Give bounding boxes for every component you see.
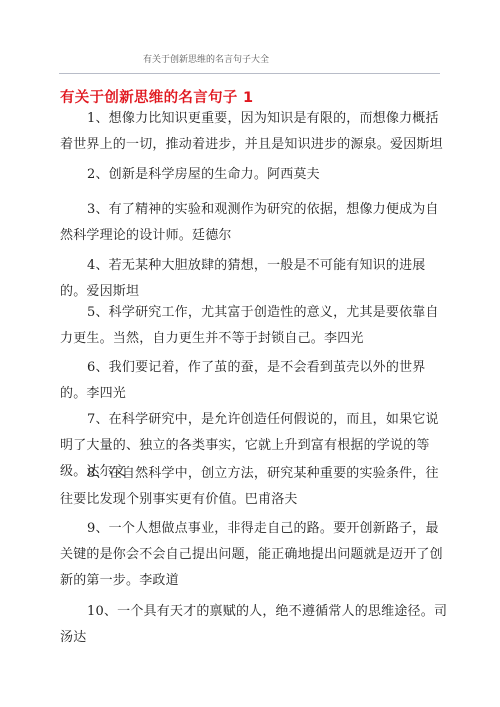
quote-5: 5、科学研究工作，尤其富于创造性的意义，尤其是要依靠自力更生。当然，自力更生并不… (60, 300, 448, 352)
header-divider (59, 73, 440, 74)
quote-2: 2、创新是科学房屋的生命力。阿西莫夫 (60, 162, 448, 188)
quote-9: 9、一个人想做点事业，非得走自己的路。要开创新路子，最关键的是你会不会自己提出问… (60, 516, 448, 594)
quote-1: 1、想像力比知识更重要，因为知识是有限的，而想像力概括着世界上的一切，推动着进步… (60, 106, 448, 158)
quote-4: 4、若无某种大胆放肆的猜想，一般是不可能有知识的进展的。爱因斯坦 (60, 253, 448, 305)
running-header: 有关于创新思维的名言句子大全 (143, 52, 269, 65)
section-title: 有关于创新思维的名言句子 1 (60, 86, 253, 107)
quote-10: 10、一个具有天才的禀赋的人，绝不遵循常人的思维途径。司汤达 (60, 599, 448, 651)
quote-3: 3、有了精神的实验和观测作为研究的依据，想像力便成为自然科学理论的设计师。廷德尔 (60, 197, 448, 249)
quote-6: 6、我们要记着，作了茧的蚕，是不会看到茧壳以外的世界的。李四光 (60, 355, 448, 407)
quote-8: 8、在自然科学中，创立方法，研究某种重要的实验条件，往往要比发现个别事实更有价值… (60, 461, 448, 513)
